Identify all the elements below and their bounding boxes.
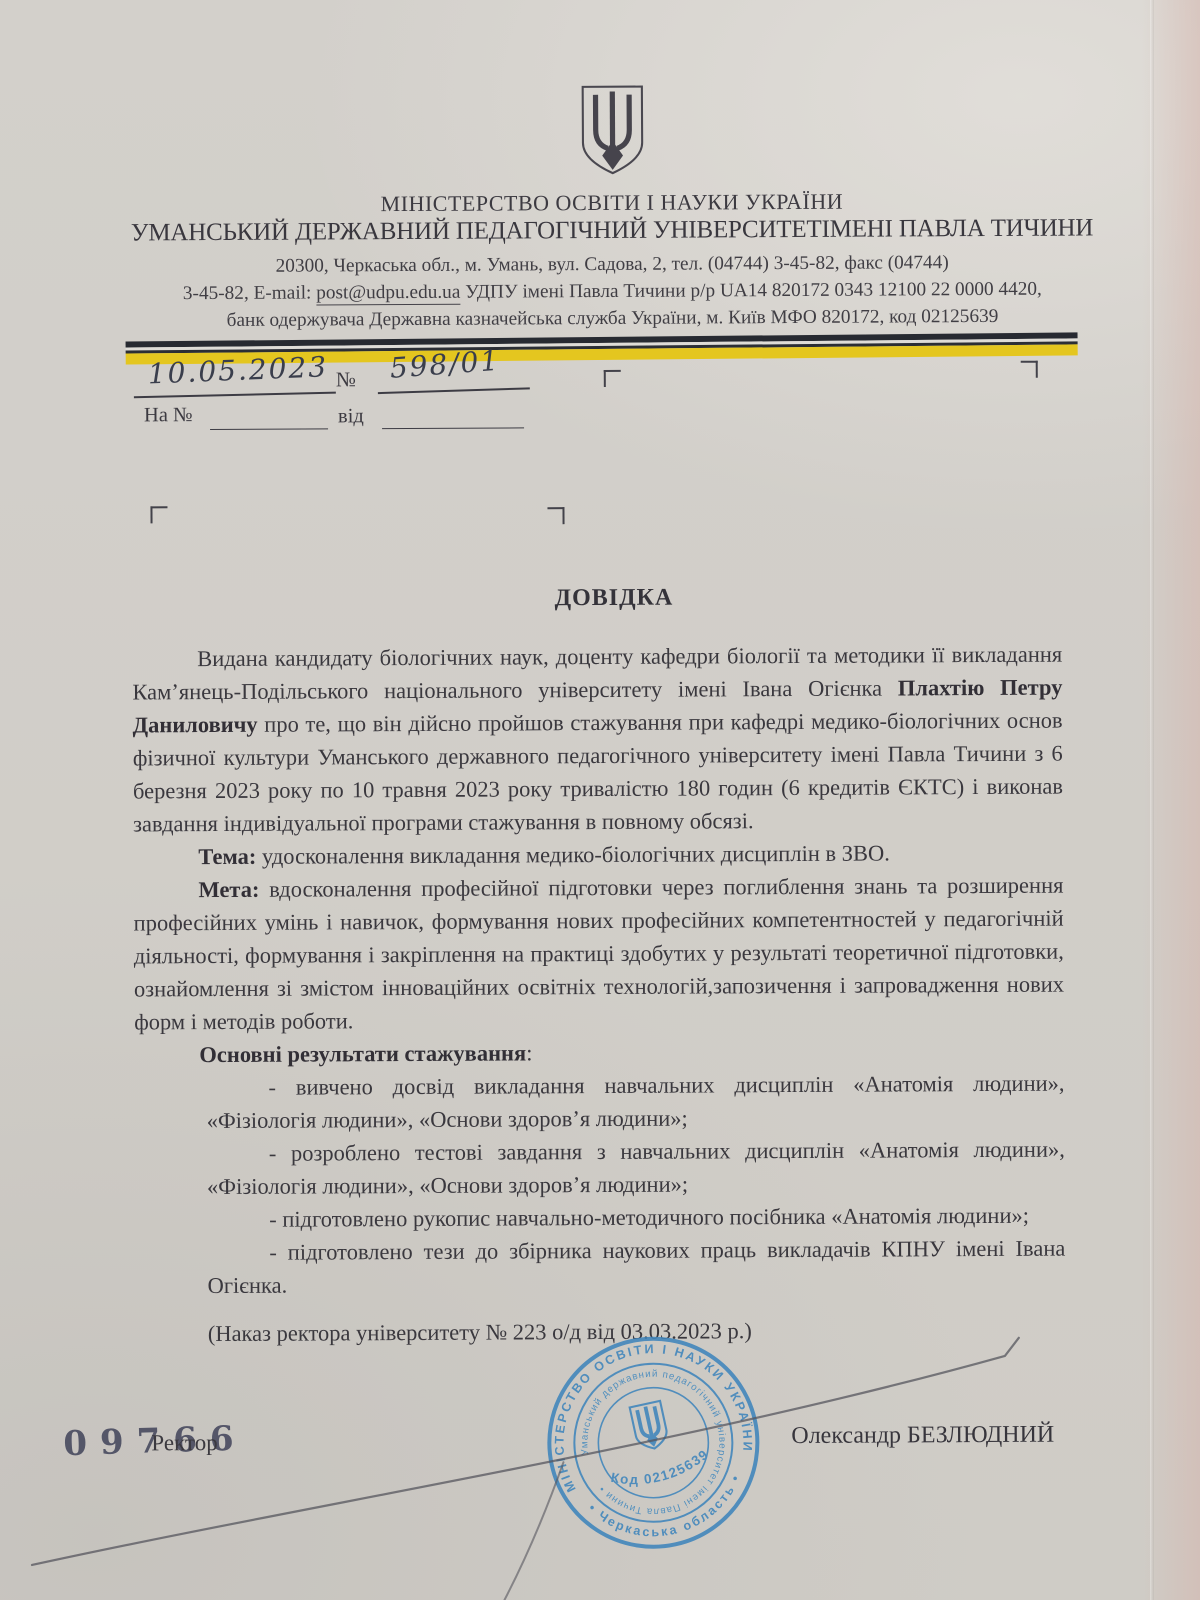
goal-paragraph: Мета: вдосконалення професійної підготов… bbox=[133, 869, 1064, 1039]
corner-mark-top-left-2 bbox=[150, 506, 167, 523]
incoming-date-blank bbox=[382, 427, 524, 429]
result-item-3: - підготовлено рукопис навчально-методич… bbox=[207, 1199, 1065, 1236]
results-heading: Основні результати стажування: bbox=[134, 1034, 1064, 1072]
email-address: post@udpu.edu.ua bbox=[316, 282, 460, 306]
ukraine-trident-emblem bbox=[574, 82, 651, 178]
address-line-2-prefix: 3-45-82, E-mail: bbox=[183, 282, 316, 304]
corner-mark-top-right-2 bbox=[547, 507, 564, 524]
corner-mark-top-right-1 bbox=[1021, 361, 1038, 378]
handwritten-outgoing-number: 598/01 bbox=[389, 344, 502, 385]
document-content: МІНІСТЕРСТВО ОСВІТИ І НАУКИ УКРАЇНИ УМАН… bbox=[0, 0, 1200, 1600]
scanned-document-page: МІНІСТЕРСТВО ОСВІТИ І НАУКИ УКРАЇНИ УМАН… bbox=[0, 0, 1200, 1600]
incoming-number-label: На № bbox=[144, 404, 193, 427]
results-heading-label: Основні результати стажування bbox=[199, 1040, 526, 1067]
corner-mark-top-left-1 bbox=[604, 370, 621, 387]
topic-line: Тема: удосконалення викладання медико-бі… bbox=[133, 836, 1063, 874]
document-body: Видана кандидату біологічних наук, доцен… bbox=[132, 638, 1066, 1351]
topic-text: удосконалення викладання медико-біологіч… bbox=[256, 840, 890, 868]
signer-position: Ректор bbox=[151, 1430, 217, 1456]
document-title: ДОВІДКА bbox=[0, 582, 1200, 615]
number-sign: № bbox=[336, 367, 356, 392]
topic-label: Тема: bbox=[198, 844, 256, 869]
incoming-date-label: від bbox=[338, 405, 364, 428]
paper-crease bbox=[1150, 0, 1154, 1600]
address-line-2-suffix: УДПУ імені Павла Тичини р/р UA14 820172 … bbox=[460, 279, 1042, 303]
goal-label: Мета: bbox=[198, 877, 259, 902]
stamp-trident-shield bbox=[630, 1401, 670, 1452]
address-line-3: банк одержувача Державна казначейська сл… bbox=[0, 305, 1200, 333]
result-item-4: - підготовлено тези до збірника наукових… bbox=[207, 1232, 1065, 1302]
results-heading-colon: : bbox=[526, 1040, 532, 1065]
result-item-2: - розроблено тестові завдання з навчальн… bbox=[207, 1133, 1065, 1203]
paragraph-issued-to-rest: про те, що він дійсно пройшов стажування… bbox=[133, 708, 1063, 837]
result-item-1: - вивчено досвід викладання навчальних д… bbox=[206, 1067, 1064, 1137]
date-underline bbox=[134, 392, 336, 399]
number-underline bbox=[378, 387, 530, 394]
address-line-1: 20300, Черкаська обл., м. Умань, вул. Са… bbox=[0, 251, 1200, 279]
address-line-2: 3-45-82, E-mail: post@udpu.edu.ua УДПУ і… bbox=[0, 278, 1200, 306]
incoming-number-blank bbox=[210, 428, 328, 430]
university-round-stamp: МІНІСТЕРСТВО ОСВІТИ І НАУКИ УКРАЇНИ • Че… bbox=[514, 1303, 792, 1581]
handwritten-date: 10.05.2023 bbox=[147, 350, 329, 390]
university-name: УМАНСЬКИЙ ДЕРЖАВНИЙ ПЕДАГОГІЧНИЙ УНІВЕРС… bbox=[0, 214, 1200, 248]
goal-text: вдосконалення професійної підготовки чер… bbox=[134, 873, 1064, 1035]
paragraph-issued-to: Видана кандидату біологічних наук, доцен… bbox=[132, 638, 1063, 841]
signer-name: Олександр БЕЗЛЮДНИЙ bbox=[791, 1422, 1054, 1450]
